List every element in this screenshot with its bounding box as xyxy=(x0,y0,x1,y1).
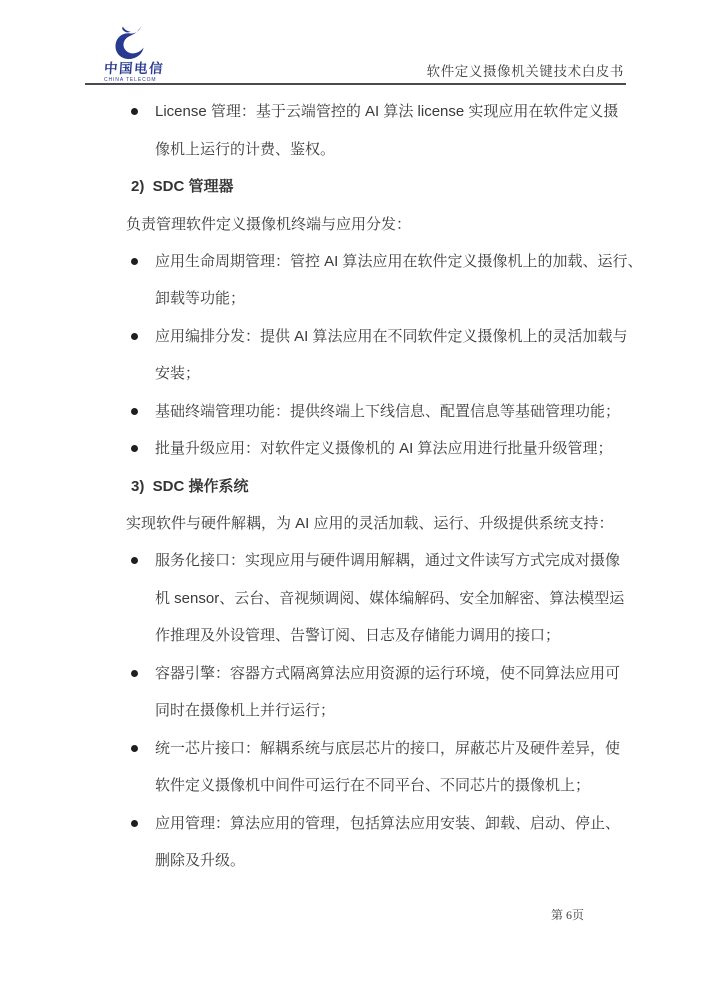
bullet-icon xyxy=(131,333,138,340)
heading-sdc-manager: 2) SDC 管理器 xyxy=(126,168,631,205)
list-item: 应用生命周期管理：管控 AI 算法应用在软件定义摄像机上的加载、运行、 xyxy=(126,243,631,280)
document-header-title: 软件定义摄像机关键技术白皮书 xyxy=(427,60,624,80)
list-item-text: License 管理：基于云端管控的 AI 算法 license 实现应用在软件… xyxy=(155,102,618,121)
document-body: License 管理：基于云端管控的 AI 算法 license 实现应用在软件… xyxy=(126,93,631,879)
list-item-text: 软件定义摄像机中间件可运行在不同平台、不同芯片的摄像机上； xyxy=(155,776,590,795)
list-item-text: 统一芯片接口：解耦系统与底层芯片的接口，屏蔽芯片及硬件差异，使 xyxy=(155,739,620,758)
list-item-text: 应用编排分发：提供 AI 算法应用在不同软件定义摄像机上的灵活加载与 xyxy=(155,327,628,346)
list-item-continuation: 安装； xyxy=(126,355,631,392)
list-item-text: 作推理及外设管理、告警订阅、日志及存储能力调用的接口； xyxy=(155,626,560,645)
heading-sdc-os: 3) SDC 操作系统 xyxy=(126,467,631,504)
header-divider xyxy=(85,83,626,85)
bullet-icon xyxy=(131,745,138,752)
page-number: 第 6页 xyxy=(551,906,584,923)
paragraph: 负责管理软件定义摄像机终端与应用分发： xyxy=(126,205,631,242)
list-item-text: 安装； xyxy=(155,364,200,383)
list-item: 基础终端管理功能：提供终端上下线信息、配置信息等基础管理功能； xyxy=(126,393,631,430)
list-item-text: 卸载等功能； xyxy=(155,289,245,308)
heading-text: 2) SDC 管理器 xyxy=(131,177,234,196)
paragraph: 实现软件与硬件解耦，为 AI 应用的灵活加载、运行、升级提供系统支持： xyxy=(126,505,631,542)
bullet-icon xyxy=(131,108,138,115)
bullet-icon xyxy=(131,445,138,452)
bullet-icon xyxy=(131,820,138,827)
list-item: 容器引擎：容器方式隔离算法应用资源的运行环境，使不同算法应用可 xyxy=(126,655,631,692)
list-item: 应用管理：算法应用的管理，包括算法应用安装、卸载、启动、停止、 xyxy=(126,804,631,841)
china-telecom-logo-icon xyxy=(107,25,151,61)
list-item-text: 应用管理：算法应用的管理，包括算法应用安装、卸载、启动、停止、 xyxy=(155,814,620,833)
heading-text: 3) SDC 操作系统 xyxy=(131,477,249,496)
list-item-text: 应用生命周期管理：管控 AI 算法应用在软件定义摄像机上的加载、运行、 xyxy=(155,252,643,271)
china-telecom-logo: 中国电信 CHINA TELECOM xyxy=(104,25,184,83)
bullet-icon xyxy=(131,258,138,265)
bullet-icon xyxy=(131,408,138,415)
list-item: License 管理：基于云端管控的 AI 算法 license 实现应用在软件… xyxy=(126,93,631,130)
list-item-text: 批量升级应用：对软件定义摄像机的 AI 算法应用进行批量升级管理； xyxy=(155,439,613,458)
list-item-continuation: 机 sensor、云台、音视频调阅、媒体编解码、安全加解密、算法模型运 xyxy=(126,580,631,617)
list-item-continuation: 软件定义摄像机中间件可运行在不同平台、不同芯片的摄像机上； xyxy=(126,767,631,804)
bullet-icon xyxy=(131,670,138,677)
document-page: 中国电信 CHINA TELECOM 软件定义摄像机关键技术白皮书 Licens… xyxy=(0,0,710,1003)
bullet-icon xyxy=(131,557,138,564)
list-item: 统一芯片接口：解耦系统与底层芯片的接口，屏蔽芯片及硬件差异，使 xyxy=(126,729,631,766)
paragraph-text: 实现软件与硬件解耦，为 AI 应用的灵活加载、运行、升级提供系统支持： xyxy=(126,514,614,533)
logo-text-cn: 中国电信 xyxy=(104,62,185,76)
list-item: 应用编排分发：提供 AI 算法应用在不同软件定义摄像机上的灵活加载与 xyxy=(126,318,631,355)
list-item-continuation: 像机上运行的计费、鉴权。 xyxy=(126,130,631,167)
list-item: 批量升级应用：对软件定义摄像机的 AI 算法应用进行批量升级管理； xyxy=(126,430,631,467)
list-item-continuation: 作推理及外设管理、告警订阅、日志及存储能力调用的接口； xyxy=(126,617,631,654)
list-item-text: 像机上运行的计费、鉴权。 xyxy=(155,140,335,159)
list-item-continuation: 卸载等功能； xyxy=(126,280,631,317)
list-item-text: 删除及升级。 xyxy=(155,851,245,870)
list-item-text: 容器引擎：容器方式隔离算法应用资源的运行环境，使不同算法应用可 xyxy=(155,664,620,683)
list-item-text: 机 sensor、云台、音视频调阅、媒体编解码、安全加解密、算法模型运 xyxy=(155,589,624,608)
list-item-text: 同时在摄像机上并行运行； xyxy=(155,701,335,720)
list-item-text: 服务化接口：实现应用与硬件调用解耦，通过文件读写方式完成对摄像 xyxy=(155,551,620,570)
list-item-text: 基础终端管理功能：提供终端上下线信息、配置信息等基础管理功能； xyxy=(155,402,620,421)
list-item: 服务化接口：实现应用与硬件调用解耦，通过文件读写方式完成对摄像 xyxy=(126,542,631,579)
list-item-continuation: 同时在摄像机上并行运行； xyxy=(126,692,631,729)
list-item-continuation: 删除及升级。 xyxy=(126,842,631,879)
paragraph-text: 负责管理软件定义摄像机终端与应用分发： xyxy=(126,215,411,234)
